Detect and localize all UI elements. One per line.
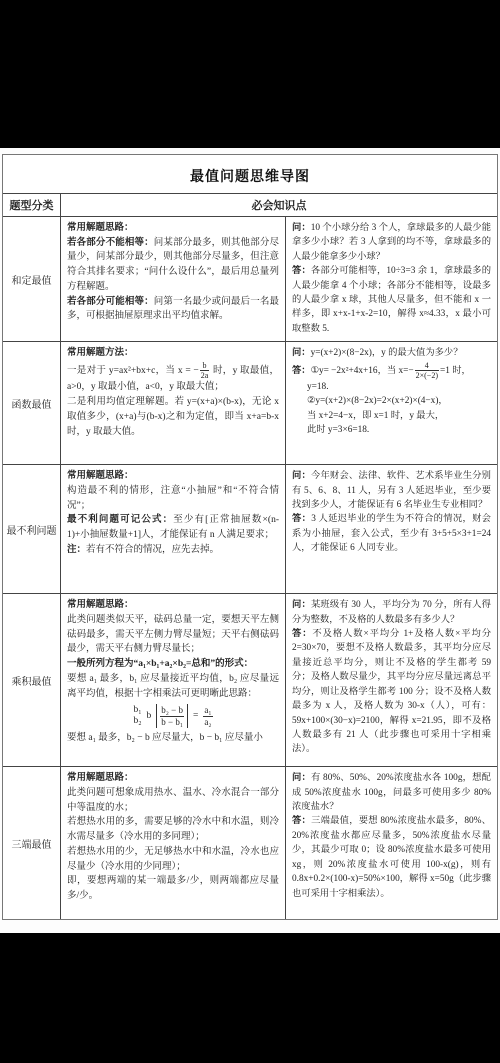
text-run: 要想 a₁ 最多，b₁ 应尽量接近平均值，b₂ 应尽量远离平均值，根据十字相乘法… xyxy=(67,674,279,699)
category-label: 和定最值 xyxy=(12,272,52,287)
bold-label: 注： xyxy=(67,545,86,555)
paragraph: 若各部分可能相等：问第一名最少或问最后一名最多，可根据抽屉原理求出平均值求解。 xyxy=(67,295,279,324)
paragraph: 问：y=(x+2)×(8−2x)，y 的最大值为多少？ xyxy=(292,346,491,360)
row-category: 最不利问题 xyxy=(3,465,61,593)
table-row: 函数最值常用解题方法：一是对于 y=ax²+bx+c，当 x = −b2a 时，… xyxy=(3,342,497,465)
text-run: 各部分可能相等，10÷3=3 余 1，拿球最多的人最少能拿 4 个小球；各部分不… xyxy=(292,266,491,334)
paragraph: ②y=(x+2)×(8−2x)=2×(x+2)×(4−x)， xyxy=(292,394,491,408)
text-run: 二是利用均值定理解题。若 y=(x+a)×(b-x)，无论 x 取值多少，(x+… xyxy=(67,397,279,436)
text-run: 10 个小球分给 3 个人，拿球最多的人最少能拿多少小球？若 3 人拿到的均不等… xyxy=(292,223,491,262)
paragraph: 此时 y=3×6=18. xyxy=(292,423,491,437)
paragraph: 答：3 人延迟毕业的学生为不符合的情况，财会系为小抽屉，套入公式，至少有 3+5… xyxy=(292,512,491,555)
solution-cell: 常用解题方法：一是对于 y=ax²+bx+c，当 x = −b2a 时，y 取最… xyxy=(61,342,286,464)
paragraph: 答：各部分可能相等，10÷3=3 余 1，拿球最多的人最少能拿 4 个小球；各部… xyxy=(292,264,491,336)
bold-label: 问： xyxy=(292,223,311,233)
solution-cell: 常用解题思路：此类问题类似天平，砝码总量一定，要想天平左侧砝码最多，需天平左侧力… xyxy=(61,594,286,766)
paragraph: 要想 a₁ 最多，b₁ 应尽量接近平均值，b₂ 应尽量远离平均值，根据十字相乘法… xyxy=(67,672,279,701)
paragraph: 若想热水用的多，需要足够的冷水中和水温，则冷水需尽量多（冷水用的多同理）； xyxy=(67,815,279,844)
formula-term: b₂ xyxy=(133,716,141,727)
bold-label: 答： xyxy=(292,816,311,826)
paragraph: 答：三端最值，要想 80%浓度盐水最多，80%、20%浓度盐水都应尽量多，50%… xyxy=(292,814,491,900)
qa-cell: 问：y=(x+2)×(8−2x)，y 的最大值为多少？答：①y= −2x²+4x… xyxy=(286,342,497,464)
bold-label: 若各部分可能相等： xyxy=(67,297,154,307)
row-category: 和定最值 xyxy=(3,217,61,341)
mindmap-table: 最值问题思维导图 题型分类 必会知识点 和定最值常用解题思路：若各部分不能相等：… xyxy=(2,154,498,920)
table-row: 三端最值常用解题思路：此类问题可想象成用热水、温水、冷水混合一部分中等温度的水；… xyxy=(3,767,497,919)
text-run: y=18. xyxy=(307,382,329,392)
fraction-numerator: 4 xyxy=(415,361,439,370)
paragraph: 注：若有不符合的情况，应先去掉。 xyxy=(67,543,279,558)
bold-label: 问： xyxy=(292,348,311,358)
table-body: 和定最值常用解题思路：若各部分不能相等：问某部分最多，则其他部分尽量少，问某部分… xyxy=(3,217,497,919)
absolute-value: b₂ − bb − b₁ xyxy=(156,704,188,728)
text-run: 若有不符合的情况，应先去掉。 xyxy=(86,545,219,555)
paragraph: 即，要想两端的某一端最多/少，则两端都应尽量多/少。 xyxy=(67,874,279,903)
formula-stack: b₁b₂ xyxy=(133,705,141,728)
bold-label: 问： xyxy=(292,773,311,783)
fraction-denominator: b − b₁ xyxy=(160,716,184,728)
text-run: 若想热水用的少，无足够热水中和水温，冷水也应尽量少（冷水用的少同理）； xyxy=(67,847,279,872)
solution-cell: 常用解题思路：此类问题可想象成用热水、温水、冷水混合一部分中等温度的水；若想热水… xyxy=(61,767,286,919)
paragraph: 问：10 个小球分给 3 个人，拿球最多的人最少能拿多少小球？若 3 人拿到的均… xyxy=(292,221,491,264)
table-header: 题型分类 必会知识点 xyxy=(3,194,497,217)
text-run: 不及格人数×平均分 1+及格人数×平均分 2=30×70，要想不及格人数最多，其… xyxy=(292,629,491,754)
text-run: 一是对于 y=ax²+bx+c，当 x = − xyxy=(67,366,199,376)
fraction-denominator: 2×(−2) xyxy=(415,370,439,380)
paragraph: 常用解题思路： xyxy=(67,598,279,613)
paragraph: 问：今年财会、法律、软件、艺术系毕业生分别有 5、6、8、11 人，另有 3 人… xyxy=(292,469,491,512)
paragraph: 要想 a₁ 最多，b₂ − b 应尽量大，b − b₁ 应尽量小 xyxy=(67,731,279,746)
text-run: 构造最不利的情形，注意“小抽屉”和“不符合情况”； xyxy=(67,486,279,511)
category-label: 函数最值 xyxy=(12,396,52,411)
qa-cell: 问：有 80%、50%、20%浓度盐水各 100g，想配成 50%浓度盐水 10… xyxy=(286,767,497,919)
cross-multiplication-formula: b₁b₂bb₂ − bb − b₁=a₁a₂ xyxy=(67,704,279,728)
bold-label: 答： xyxy=(292,266,311,276)
qa-cell: 问：今年财会、法律、软件、艺术系毕业生分别有 5、6、8、11 人，另有 3 人… xyxy=(286,465,497,593)
solution-cell: 常用解题思路：构造最不利的情形，注意“小抽屉”和“不符合情况”；最不利问题可记公… xyxy=(61,465,286,593)
title-row: 最值问题思维导图 xyxy=(3,155,497,194)
bold-label: 一般所列方程为“a₁×b₁+a₂×b₂=总和”的形式： xyxy=(67,659,253,669)
fraction: b₂ − bb − b₁ xyxy=(160,705,184,728)
fraction: a₁a₂ xyxy=(203,705,212,728)
table-row: 最不利问题常用解题思路：构造最不利的情形，注意“小抽屉”和“不符合情况”；最不利… xyxy=(3,465,497,594)
letterbox-bottom xyxy=(0,933,500,1063)
text-run: ②y=(x+2)×(8−2x)=2×(x+2)×(4−x)， xyxy=(307,396,448,406)
page-title: 最值问题思维导图 xyxy=(190,170,310,185)
paragraph: 一是对于 y=ax²+bx+c，当 x = −b2a 时，y 取最值，a>0，y… xyxy=(67,361,279,395)
column-header-category: 题型分类 xyxy=(3,194,61,216)
paragraph: 常用解题方法： xyxy=(67,346,279,361)
solution-cell: 常用解题思路：若各部分不能相等：问某部分最多，则其他部分尽量少，问某部分最少，则… xyxy=(61,217,286,341)
qa-cell: 问：10 个小球分给 3 个人，拿球最多的人最少能拿多少小球？若 3 人拿到的均… xyxy=(286,217,497,341)
text-run: ①y= −2x²+4x+16，当 x=− xyxy=(311,365,414,375)
formula-term: b xyxy=(147,709,152,724)
text-run: 今年财会、法律、软件、艺术系毕业生分别有 5、6、8、11 人，另有 3 人延迟… xyxy=(292,471,491,510)
text-run: =1 时， xyxy=(440,365,471,375)
fraction-denominator: 2a xyxy=(200,370,210,380)
bold-label: 若各部分不能相等： xyxy=(67,238,154,248)
equals-sign: = xyxy=(193,709,198,724)
paragraph: 若各部分不能相等：问某部分最多，则其他部分尽量少，问某部分最少，则其他部分尽量多… xyxy=(67,236,279,295)
category-label: 乘积最值 xyxy=(12,673,52,688)
formula-term: b₁ xyxy=(133,705,141,716)
paragraph: 常用解题思路： xyxy=(67,221,279,236)
paragraph: y=18. xyxy=(292,380,491,394)
table-row: 乘积最值常用解题思路：此类问题类似天平，砝码总量一定，要想天平左侧砝码最多，需天… xyxy=(3,594,497,767)
bold-label: 答： xyxy=(292,514,311,524)
bold-label: 常用解题方法： xyxy=(67,348,134,358)
bold-label: 常用解题思路： xyxy=(67,223,134,233)
text-run: 若想热水用的多，需要足够的冷水中和水温，则冷水需尽量多（冷水用的多同理）； xyxy=(67,817,279,842)
text-run: 此时 y=3×6=18. xyxy=(307,425,369,435)
column-header-knowledge: 必会知识点 xyxy=(61,194,497,216)
text-run: 即，要想两端的某一端最多/少，则两端都应尽量多/少。 xyxy=(67,876,279,901)
paragraph: 此类问题类似天平，砝码总量一定，要想天平左侧砝码最多，需天平左侧力臂尽量短；天平… xyxy=(67,613,279,657)
bold-label: 问： xyxy=(292,600,311,610)
screen: 最值问题思维导图 题型分类 必会知识点 和定最值常用解题思路：若各部分不能相等：… xyxy=(0,0,500,1063)
fraction-numerator: b xyxy=(200,361,210,370)
row-category: 乘积最值 xyxy=(3,594,61,766)
bold-label: 答： xyxy=(292,365,311,375)
text-run: 此类问题可想象成用热水、温水、冷水混合一部分中等温度的水； xyxy=(67,788,279,813)
paragraph: 问：有 80%、50%、20%浓度盐水各 100g，想配成 50%浓度盐水 10… xyxy=(292,771,491,814)
row-category: 函数最值 xyxy=(3,342,61,464)
text-run: 某班级有 30 人，平均分为 70 分，所有人得分为整数，不及格的人数最多有多少… xyxy=(292,600,491,624)
inline-fraction: b2a xyxy=(200,361,210,380)
paragraph: 答：①y= −2x²+4x+16，当 x=−42×(−2)=1 时， xyxy=(292,361,491,380)
bold-label: 问： xyxy=(292,471,311,481)
paragraph: 最不利问题可记公式：至少有[正常抽屉数×(n-1)+小抽屉数量+1]人，才能保证… xyxy=(67,513,279,542)
bold-label: 常用解题思路： xyxy=(67,471,134,481)
table-row: 和定最值常用解题思路：若各部分不能相等：问某部分最多，则其他部分尽量少，问某部分… xyxy=(3,217,497,342)
bold-label: 最不利问题可记公式： xyxy=(67,515,173,525)
paragraph: 此类问题可想象成用热水、温水、冷水混合一部分中等温度的水； xyxy=(67,786,279,815)
text-run: 要想 a₁ 最多，b₂ − b 应尽量大，b − b₁ 应尽量小 xyxy=(67,733,263,743)
paragraph: 构造最不利的情形，注意“小抽屉”和“不符合情况”； xyxy=(67,484,279,513)
fraction-numerator: b₂ − b xyxy=(160,705,184,716)
qa-cell: 问：某班级有 30 人，平均分为 70 分，所有人得分为整数，不及格的人数最多有… xyxy=(286,594,497,766)
text-run: 三端最值，要想 80%浓度盐水最多，80%、20%浓度盐水都应尽量多，50%浓度… xyxy=(292,816,491,898)
row-category: 三端最值 xyxy=(3,767,61,919)
paragraph: 常用解题思路： xyxy=(67,469,279,484)
paragraph: 问：某班级有 30 人，平均分为 70 分，所有人得分为整数，不及格的人数最多有… xyxy=(292,598,491,627)
bold-label: 常用解题思路： xyxy=(67,773,134,783)
text-run: 当 x+2=4−x，即 x=1 时，y 最大， xyxy=(307,411,444,421)
letterbox-top xyxy=(0,0,500,148)
paragraph: 若想热水用的少，无足够热水中和水温，冷水也应尽量少（冷水用的少同理）； xyxy=(67,845,279,874)
text-run: 有 80%、50%、20%浓度盐水各 100g，想配成 50%浓度盐水 100g… xyxy=(292,773,491,812)
paragraph: 当 x+2=4−x，即 x=1 时，y 最大， xyxy=(292,409,491,423)
fraction-denominator: a₂ xyxy=(203,716,212,728)
bold-label: 答： xyxy=(292,629,312,639)
category-label: 三端最值 xyxy=(12,836,52,851)
inline-fraction: 42×(−2) xyxy=(415,361,439,380)
text-run: 3 人延迟毕业的学生为不符合的情况，财会系为小抽屉，套入公式，至少有 3+5+5… xyxy=(292,514,491,553)
document-page: 最值问题思维导图 题型分类 必会知识点 和定最值常用解题思路：若各部分不能相等：… xyxy=(0,148,500,933)
paragraph: 答：不及格人数×平均分 1+及格人数×平均分 2=30×70，要想不及格人数最多… xyxy=(292,627,491,757)
fraction-numerator: a₁ xyxy=(203,705,212,716)
category-label: 最不利问题 xyxy=(7,522,57,537)
paragraph: 常用解题思路： xyxy=(67,771,279,786)
text-run: 此类问题类似天平，砝码总量一定，要想天平左侧砝码最多，需天平左侧力臂尽量短；天平… xyxy=(67,615,279,654)
bold-label: 常用解题思路： xyxy=(67,600,134,610)
text-run: y=(x+2)×(8−2x)，y 的最大值为多少？ xyxy=(311,348,463,358)
paragraph: 二是利用均值定理解题。若 y=(x+a)×(b-x)，无论 x 取值多少，(x+… xyxy=(67,395,279,439)
paragraph: 一般所列方程为“a₁×b₁+a₂×b₂=总和”的形式： xyxy=(67,657,279,672)
